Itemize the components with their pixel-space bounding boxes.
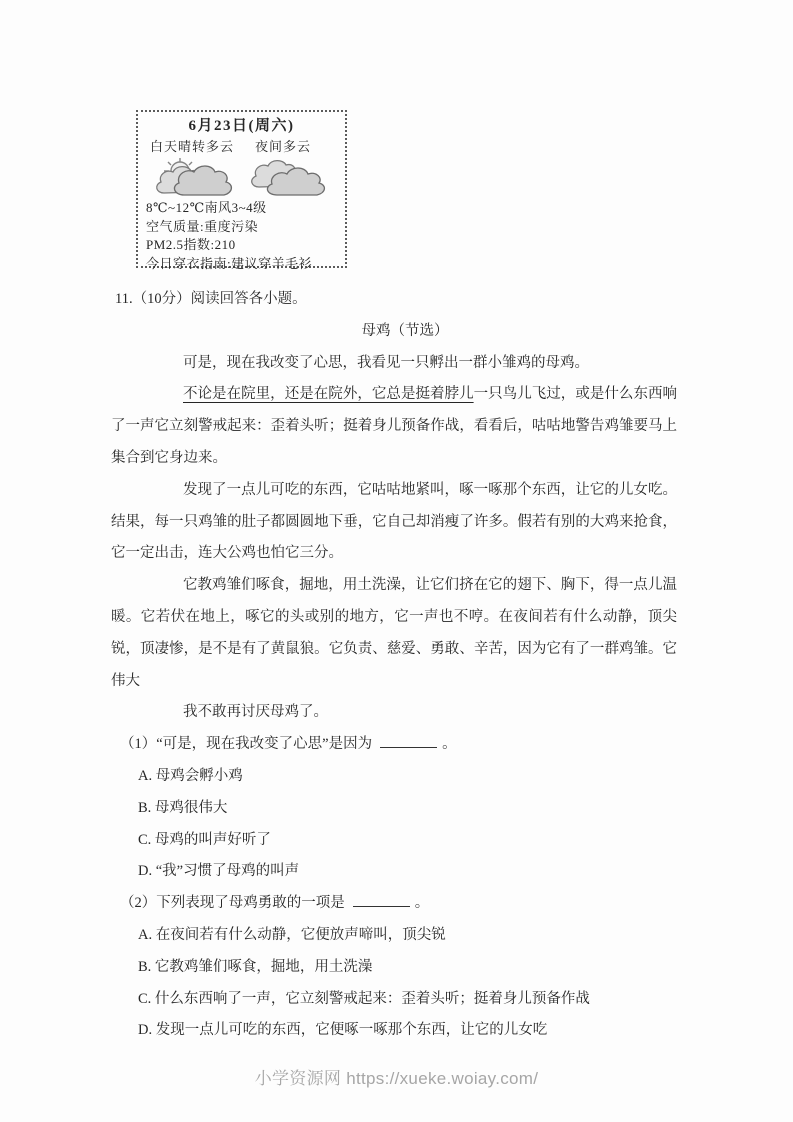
weather-date-title: 6月23日(周六) (146, 115, 337, 137)
q1-option-d: D. “我”习惯了母鸡的叫声 (138, 856, 677, 888)
q2-option-d: D. 发现一点儿可吃的东西，它便啄一啄那个东西，让它的儿女吃 (138, 1015, 677, 1047)
weather-day-label: 白天晴转多云 (150, 137, 234, 157)
sub-question-1-period: 。 (442, 736, 457, 752)
weather-pm25: PM2.5指数:210 (146, 236, 337, 255)
sub-question-2-period: 。 (415, 895, 430, 911)
sun-behind-cloud-icon (150, 157, 242, 197)
q1-option-a: A. 母鸡会孵小鸡 (138, 761, 677, 793)
q1-option-c: C. 母鸡的叫声好听了 (138, 825, 677, 857)
weather-air-quality: 空气质量:重度污染 (146, 218, 337, 237)
sub-question-2-prompt: （2）下列表现了母鸡勇敢的一项是 (120, 895, 345, 911)
weather-dress-tip: 今日穿衣指南:建议穿羊毛衫 (146, 255, 337, 274)
watermark-footer: 小学资源网 https://xueke.woiay.com/ (0, 1064, 793, 1089)
weather-temp-wind: 8℃~12℃南风3~4级 (146, 199, 337, 218)
q2-option-b: B. 它教鸡雏们啄食，掘地，用土洗澡 (138, 952, 677, 984)
answer-blank-2 (353, 893, 410, 907)
passage-paragraph-4: 它教鸡雏们啄食，掘地，用土洗澡，让它们挤在它的翅下、胸下，得一点儿温暖。它若伏在… (111, 570, 677, 697)
weather-condition-row: 白天晴转多云 夜间多云 (146, 137, 337, 157)
q2-option-a: A. 在夜间若有什么动静，它便放声啼叫，顶尖锐 (138, 920, 677, 952)
passage-paragraph-1: 可是，现在我改变了心思，我看见一只孵出一群小雏鸡的母鸡。 (111, 348, 677, 380)
passage-title: 母鸡（节选） (111, 316, 677, 348)
passage-paragraph-3: 发现了一点儿可吃的东西，它咕咕地紧叫，啄一啄那个东西，让它的儿女吃。结果，每一只… (111, 475, 677, 570)
clouds-icon (247, 157, 333, 197)
sub-question-1: （1）“可是，现在我改变了心思”是因为。 (120, 729, 677, 761)
passage-paragraph-5: 我不敢再讨厌母鸡了。 (111, 697, 677, 729)
weather-night-label: 夜间多云 (255, 137, 311, 157)
exam-page: 6月23日(周六) 白天晴转多云 夜间多云 (0, 0, 793, 1122)
weather-icons-row (146, 157, 337, 197)
q2-option-c: C. 什么东西响了一声，它立刻警戒起来：歪着头听；挺着身儿预备作战 (138, 984, 677, 1016)
weather-forecast-box: 6月23日(周六) 白天晴转多云 夜间多云 (136, 110, 347, 268)
question-number-header: 11.（10分）阅读回答各小题。 (115, 284, 677, 316)
underlined-sentence: 不论是在院里，还是在院外，它总是挺着脖儿 (183, 386, 474, 402)
sub-question-2: （2）下列表现了母鸡勇敢的一项是。 (120, 888, 677, 920)
answer-blank-1 (380, 734, 437, 748)
weather-info-lines: 8℃~12℃南风3~4级 空气质量:重度污染 PM2.5指数:210 今日穿衣指… (146, 199, 337, 273)
sub-question-1-prompt: （1）“可是，现在我改变了心思”是因为 (120, 736, 372, 752)
passage-paragraph-2: 不论是在院里，还是在院外，它总是挺着脖儿一只鸟儿飞过，或是什么东西响了一声它立刻… (111, 379, 677, 474)
question-11-block: 11.（10分）阅读回答各小题。 母鸡（节选） 可是，现在我改变了心思，我看见一… (111, 284, 677, 1047)
q1-option-b: B. 母鸡很伟大 (138, 793, 677, 825)
